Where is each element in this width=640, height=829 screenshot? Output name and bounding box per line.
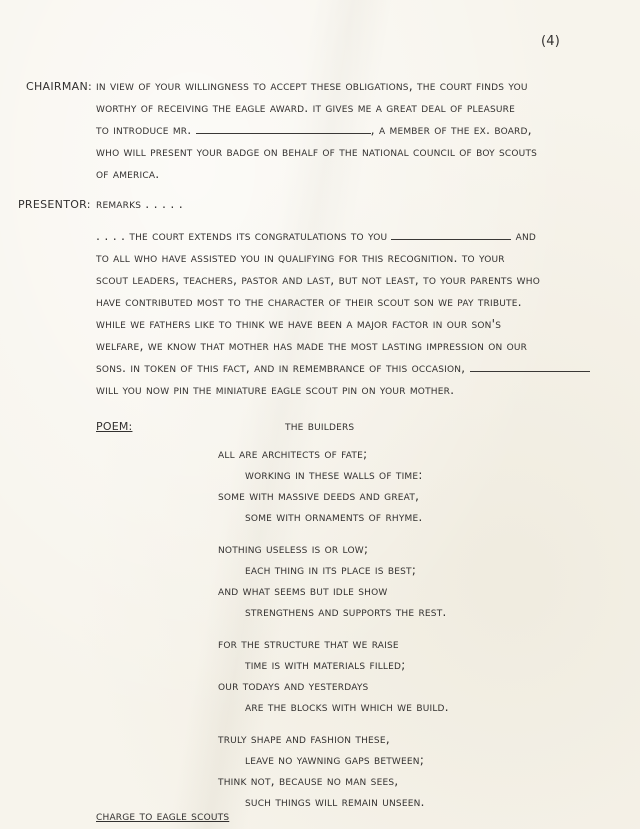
- chairman-line-5: of America.: [96, 166, 159, 181]
- name-blank: [196, 122, 371, 134]
- poem-line: Strengthens and supports the rest.: [245, 604, 447, 619]
- poem-line: Working in these walls of time:: [245, 467, 423, 482]
- poem-line: Some with ornaments of rhyme.: [245, 509, 423, 524]
- presentor-line-4: have contributed most to the character o…: [96, 294, 522, 309]
- text: . . . . The Court extends its congratula…: [96, 228, 391, 243]
- presentor-line-5: While we fathers like to think we have b…: [96, 316, 501, 331]
- speaker-chairman: CHAIRMAN:: [26, 80, 96, 93]
- next-section-heading: Charge to Eagle Scouts: [96, 808, 229, 823]
- text: and: [511, 228, 536, 243]
- poem-line: All are architects of fate;: [218, 446, 367, 461]
- chairman-line-3: to introduce Mr. , a member of the Ex. B…: [96, 122, 532, 137]
- presentor-line-6: welfare, we know that Mother has made th…: [96, 338, 527, 353]
- text: sons. In token of this fact, and in reme…: [96, 360, 470, 375]
- poem-line: Truly shape and fashion these,: [218, 731, 390, 746]
- poem-line: Time is with materials filled;: [245, 657, 406, 672]
- poem-line: Some with massive deeds and great,: [218, 488, 419, 503]
- poem-line: Each thing in its place is best;: [245, 562, 416, 577]
- presentor-line-7: sons. In token of this fact, and in reme…: [96, 360, 590, 375]
- presentor-line-1: . . . . The Court extends its congratula…: [96, 228, 536, 243]
- poem-line: Our todays and yesterdays: [218, 678, 368, 693]
- poem-line: leave no yawning gaps between;: [245, 752, 424, 767]
- poem-line: are the blocks with which we build.: [245, 699, 449, 714]
- presentor-remarks: Remarks . . . . .: [96, 196, 183, 211]
- page-number: (4): [541, 34, 560, 49]
- presentor-line-8: will you now pin the miniature Eagle Sco…: [96, 382, 454, 397]
- poem-line: Such things will remain unseen.: [245, 794, 425, 809]
- text: to introduce Mr.: [96, 122, 196, 137]
- poem-title: The Builders: [285, 418, 354, 433]
- chairman-line-1: In view of your willingness to accept th…: [96, 78, 528, 93]
- poem-line: Think not, because no man sees,: [218, 773, 398, 788]
- presentor-line-2: to all who have assisted you in qualifyi…: [96, 250, 505, 265]
- presentor-line-3: Scout Leaders, teachers, pastor and last…: [96, 272, 540, 287]
- text: , a member of the Ex. Board,: [371, 122, 532, 137]
- chairman-line-2: worthy of receiving the Eagle Award. It …: [96, 100, 515, 115]
- poem-line: Nothing useless is or low;: [218, 541, 368, 556]
- poem-label: POEM:: [96, 420, 132, 433]
- chairman-line-4: who will present your badge on behalf of…: [96, 144, 537, 159]
- name-blank: [470, 360, 590, 372]
- poem-line: And what seems but idle show: [218, 583, 387, 598]
- poem-line: For the structure that we raise: [218, 636, 399, 651]
- speaker-presentor: PRESENTOR:: [18, 198, 88, 211]
- name-blank: [391, 228, 511, 240]
